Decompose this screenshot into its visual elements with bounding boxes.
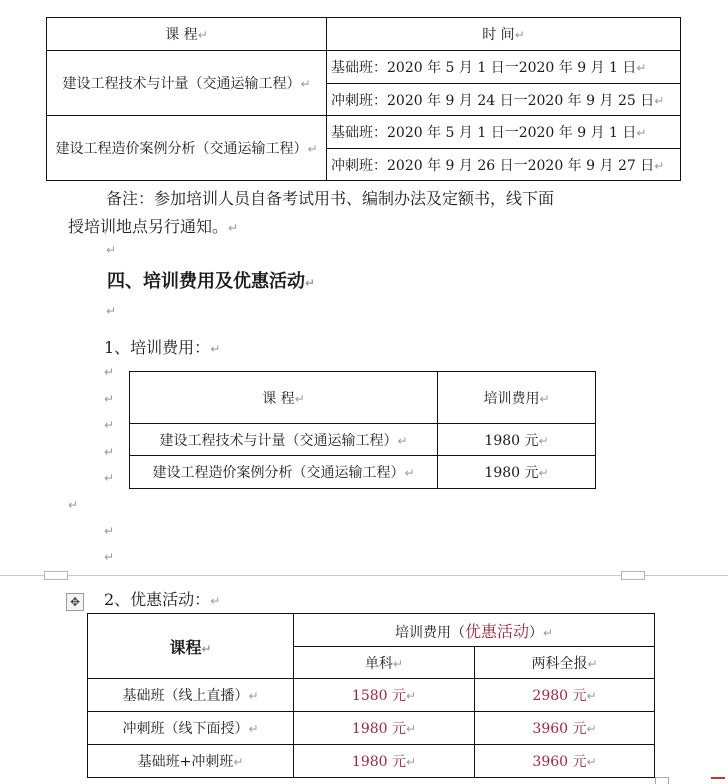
margin-marker-right [621, 571, 645, 580]
paragraph-mark: ↵ [104, 471, 114, 485]
paragraph-mark: ↵ [106, 304, 116, 318]
table-resize-handle[interactable] [655, 777, 669, 784]
promo-table: 课程↵ 培训费用（优惠活动）↵ 单科↵ 两科全报↵ 基础班（线上直播）↵ 158… [87, 613, 655, 778]
paragraph-mark: ↵ [68, 498, 78, 512]
margin-marker-left [44, 571, 68, 580]
note-line-2: 授培训地点另行通知。↵ [68, 214, 238, 237]
schedule-course-cell: 建设工程造价案例分析（交通运输工程）↵ [47, 116, 327, 181]
fee-course-cell: 建设工程技术与计量（交通运输工程）↵ [130, 424, 438, 456]
promo-course-cell: 基础班（线上直播）↵ [88, 679, 294, 712]
paragraph-mark: ↵ [106, 243, 116, 257]
schedule-session-cell: 基础班：2020 年 5 月 1 日一2020 年 9 月 1 日↵ [327, 51, 681, 84]
schedule-session-cell: 冲刺班：2020 年 9 月 24 日一2020 年 9 月 25 日↵ [327, 84, 681, 116]
paragraph-mark: ↵ [104, 418, 114, 432]
promo-both-price: 3960 元↵ [475, 745, 655, 778]
promo-header-course: 课程↵ [88, 614, 294, 679]
fee-table: 课 程↵ 培训费用↵ 建设工程技术与计量（交通运输工程）↵ 1980 元↵ 建设… [129, 371, 596, 489]
subheading-promo: 2、优惠活动：↵ [104, 587, 220, 610]
fee-course-cell: 建设工程造价案例分析（交通运输工程）↵ [130, 456, 438, 489]
schedule-header-time: 时 间↵ [327, 18, 681, 51]
promo-both-price: 3960 元↵ [475, 712, 655, 745]
subheading-fees: 1、培训费用：↵ [104, 335, 220, 358]
fee-amount-cell: 1980 元↵ [438, 456, 596, 489]
note-line-1: 备注：参加培训人员自备考试用书、编制办法及定额书，线下面 [106, 186, 554, 209]
schedule-session-cell: 基础班：2020 年 5 月 1 日一2020 年 9 月 1 日↵ [327, 116, 681, 149]
fee-header-course: 课 程↵ [130, 372, 438, 424]
paragraph-mark: ↵ [104, 392, 114, 406]
schedule-course-cell: 建设工程技术与计量（交通运输工程）↵ [47, 51, 327, 116]
fee-header-amount: 培训费用↵ [438, 372, 596, 424]
promo-course-cell: 冲刺班（线下面授）↵ [88, 712, 294, 745]
paragraph-mark: ↵ [104, 365, 114, 379]
paragraph-mark: ↵ [104, 550, 114, 564]
revision-mark [711, 777, 725, 779]
page-break-line [0, 575, 728, 576]
promo-header-both: 两科全报↵ [475, 647, 655, 679]
section-heading: 四、培训费用及优惠活动↵ [107, 267, 315, 293]
paragraph-mark: ↵ [104, 524, 114, 538]
table-move-icon[interactable]: ✥ [66, 593, 84, 611]
schedule-table: 课 程↵ 时 间↵ 建设工程技术与计量（交通运输工程）↵ 基础班：2020 年 … [46, 17, 681, 181]
promo-both-price: 2980 元↵ [475, 679, 655, 712]
promo-course-cell: 基础班+冲刺班↵ [88, 745, 294, 778]
promo-header-fee: 培训费用（优惠活动）↵ [294, 614, 655, 647]
promo-single-price: 1980 元↵ [294, 712, 475, 745]
promo-single-price: 1580 元↵ [294, 679, 475, 712]
schedule-header-course: 课 程↵ [47, 18, 327, 51]
promo-header-single: 单科↵ [294, 647, 475, 679]
fee-amount-cell: 1980 元↵ [438, 424, 596, 456]
promo-single-price: 1980 元↵ [294, 745, 475, 778]
schedule-session-cell: 冲刺班：2020 年 9 月 26 日一2020 年 9 月 27 日↵ [327, 149, 681, 181]
paragraph-mark: ↵ [104, 445, 114, 459]
